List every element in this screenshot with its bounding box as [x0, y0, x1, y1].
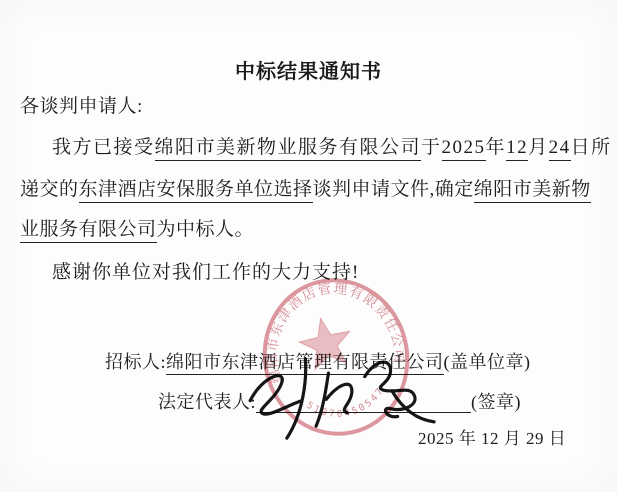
text-run: 月 [528, 137, 549, 158]
underlined-company-name: 业服务有限公司 [20, 219, 157, 243]
text-run: 我方已接受 [52, 137, 155, 158]
text-run: 年 [486, 137, 507, 158]
paragraph-line-2: 递交的东津酒店安保服务单位选择谈判申请文件,确定绵阳市美新物 [20, 179, 591, 201]
text-run: 谈判申请文件,确定 [313, 179, 474, 200]
document-page: 中标结果通知书 各谈判申请人: 我方已接受绵阳市美新物业服务有限公司于2025年… [0, 0, 617, 492]
underlined-year: 2025 [442, 137, 486, 161]
legal-suffix: (签章) [471, 392, 521, 412]
bidder-label: 招标人: [105, 352, 166, 372]
handwritten-signature [240, 350, 450, 440]
underlined-project-name: 东津酒店安保服务单位选择 [79, 179, 313, 203]
text-run: 于 [421, 137, 442, 158]
underlined-company-name: 绵阳市美新物业服务有限公司 [155, 137, 422, 161]
text-run: 递交的 [20, 179, 79, 200]
text-run: 日所 [571, 137, 612, 158]
text-run: 为中标人。 [157, 219, 255, 240]
page-title: 中标结果通知书 [0, 55, 617, 84]
salutation: 各谈判申请人: [20, 96, 143, 118]
paragraph-line-1: 我方已接受绵阳市美新物业服务有限公司于2025年12月24日所 [52, 137, 612, 159]
bidder-suffix: (盖单位章) [444, 352, 531, 372]
underlined-day: 24 [549, 137, 571, 161]
underlined-company-name: 绵阳市美新物 [474, 179, 591, 203]
paragraph-line-3: 业服务有限公司为中标人。 [20, 219, 254, 241]
underlined-month: 12 [506, 137, 528, 161]
